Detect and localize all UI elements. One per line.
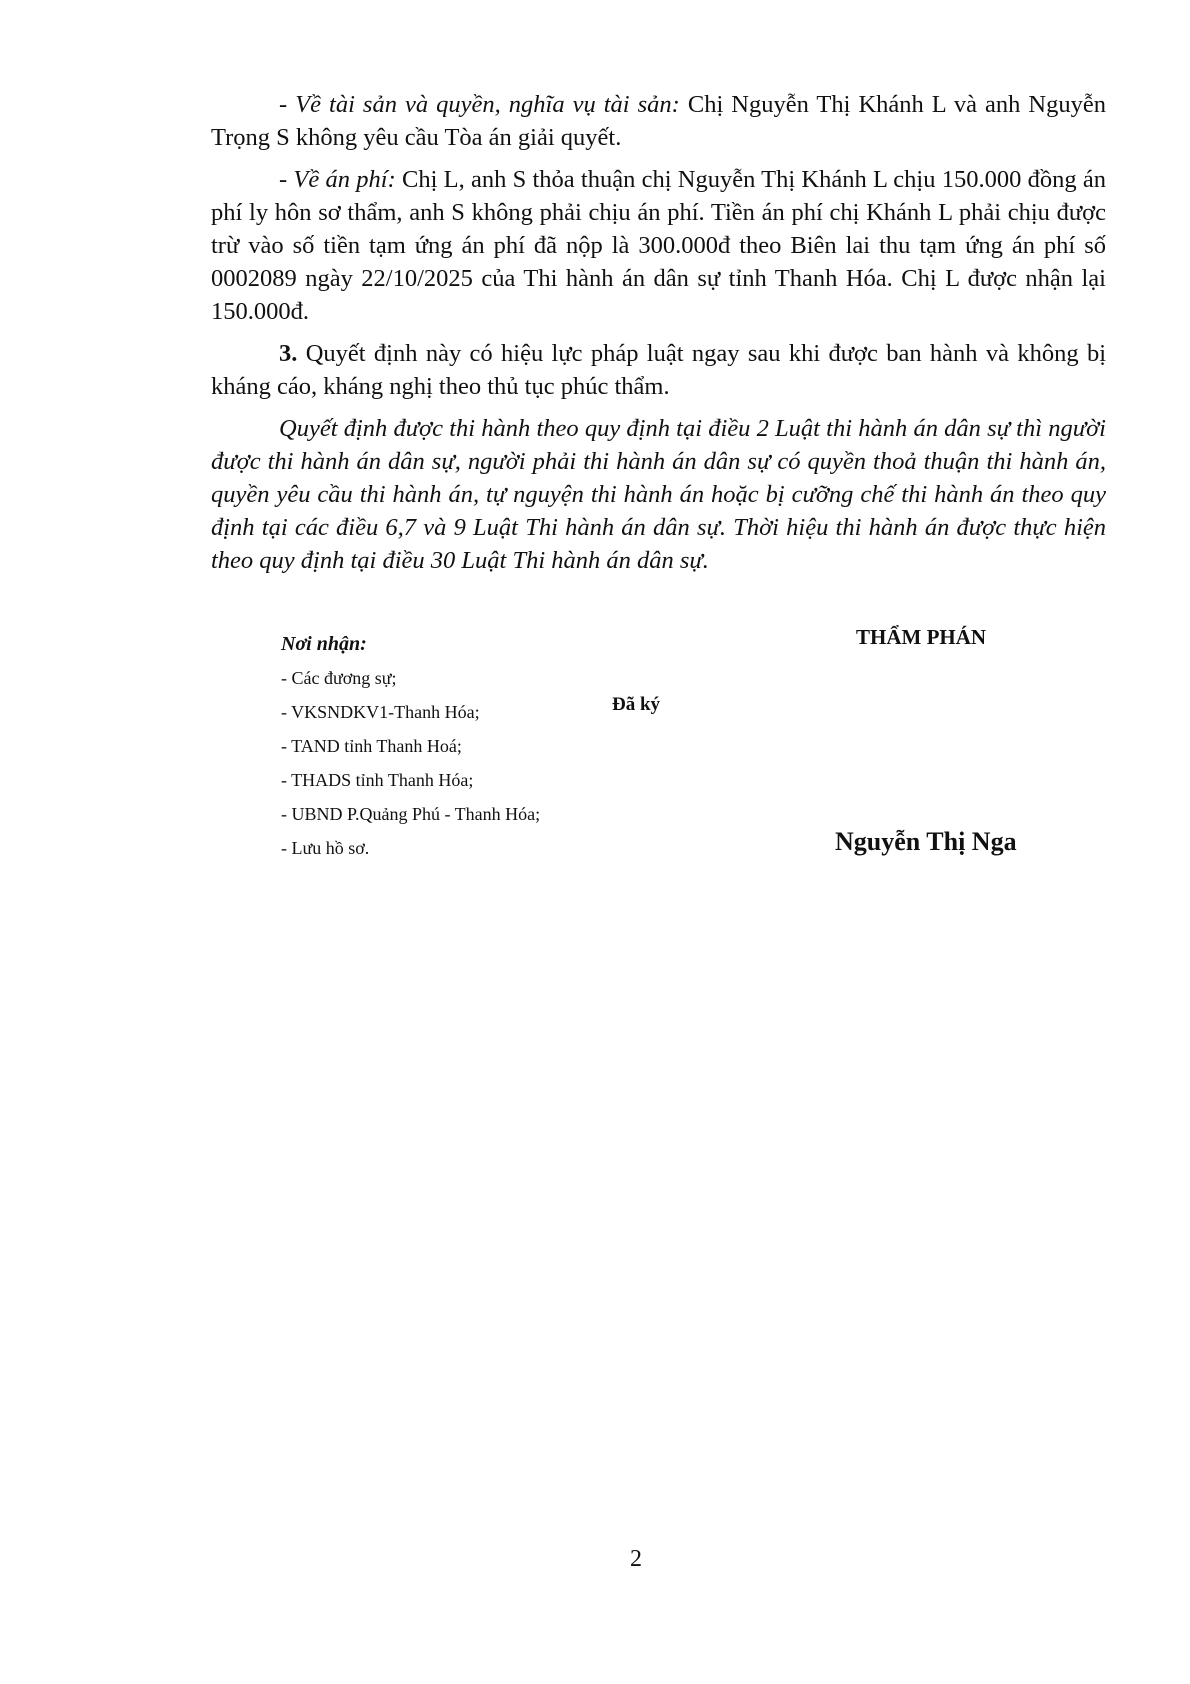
recipient-item: - Các đương sự; [281, 661, 540, 695]
judge-title: THẨM PHÁN [856, 625, 986, 650]
paragraph-dash: - [279, 166, 293, 193]
document-body: - Về tài sản và quyền, nghĩa vụ tài sản:… [211, 88, 1106, 586]
paragraph-effect: 3. Quyết định này có hiệu lực pháp luật … [211, 337, 1106, 403]
paragraph-property: - Về tài sản và quyền, nghĩa vụ tài sản:… [211, 88, 1106, 154]
recipient-item: - THADS tỉnh Thanh Hóa; [281, 763, 540, 797]
recipient-item: - TAND tỉnh Thanh Hoá; [281, 729, 540, 763]
recipients-block: Nơi nhận: - Các đương sự; - VKSNDKV1-Tha… [281, 627, 540, 865]
recipient-item: - VKSNDKV1-Thanh Hóa; [281, 695, 540, 729]
paragraph-label: Về án phí: [293, 166, 395, 193]
paragraph-enforcement-note: Quyết định được thi hành theo quy định t… [211, 412, 1106, 577]
recipient-item: - UBND P.Quảng Phú - Thanh Hóa; [281, 797, 540, 831]
paragraph-text: Quyết định này có hiệu lực pháp luật nga… [211, 340, 1106, 400]
paragraph-label: Về tài sản và quyền, nghĩa vụ tài sản: [295, 91, 680, 118]
recipient-item: - Lưu hồ sơ. [281, 831, 540, 865]
paragraph-dash: - [279, 91, 295, 118]
judge-name: Nguyễn Thị Nga [835, 827, 1017, 857]
paragraph-court-fee: - Về án phí: Chị L, anh S thỏa thuận chị… [211, 163, 1106, 328]
page-number: 2 [630, 1546, 642, 1573]
recipients-heading: Nơi nhận: [281, 627, 540, 661]
paragraph-number: 3. [279, 340, 297, 367]
signed-status: Đã ký [612, 694, 660, 716]
